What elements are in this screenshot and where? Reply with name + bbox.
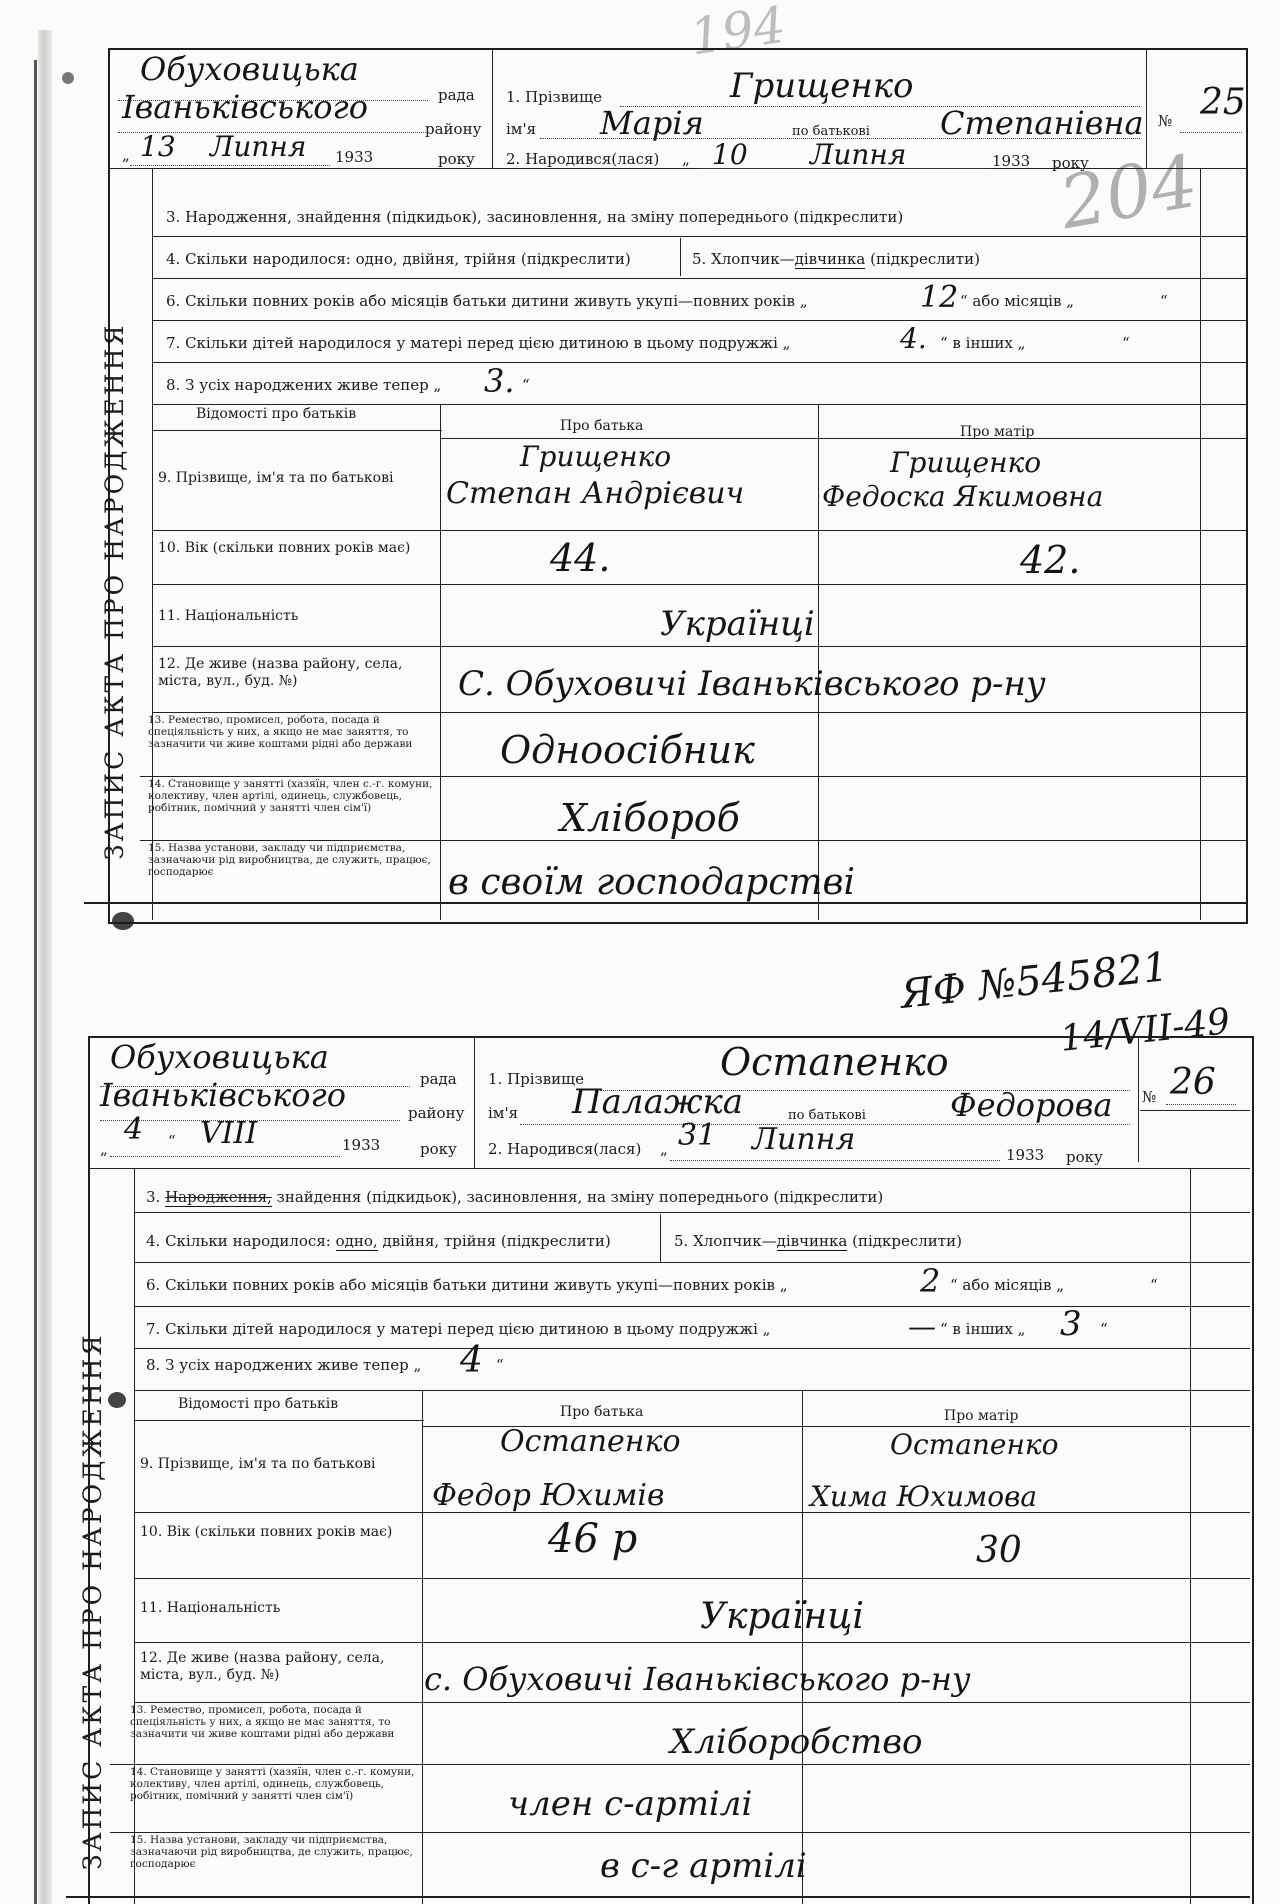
birth-day: 31 bbox=[678, 1118, 716, 1153]
child-surname: Остапенко bbox=[720, 1040, 949, 1084]
number-sign: № bbox=[1142, 1088, 1156, 1106]
years-together: 2 bbox=[920, 1262, 940, 1300]
row-line bbox=[110, 1764, 1250, 1765]
row-line bbox=[134, 1642, 1250, 1643]
field-12-label: 12. Де живе (назва району, села, міста, … bbox=[140, 1650, 415, 1684]
row-line bbox=[134, 1578, 1250, 1579]
field-14-label: 14. Становище у занятті (хазяїн, член с.… bbox=[130, 1766, 422, 1802]
girl-underlined: дівчинка bbox=[777, 1232, 848, 1251]
reg-year: 1933 bbox=[342, 1136, 380, 1154]
field-8-label: 8. З усіх народжених живе тепер „ bbox=[146, 1356, 421, 1374]
reg-day: 4 bbox=[124, 1112, 143, 1147]
form-bottom-line bbox=[66, 1896, 1250, 1898]
dotted-line bbox=[110, 1156, 340, 1157]
field-3-label: 3. Народження, знайдення (підкидьок), за… bbox=[146, 1188, 883, 1206]
rada-value: Обуховицька bbox=[110, 1038, 329, 1076]
single-underlined: одно, bbox=[336, 1232, 378, 1251]
name-label: ім'я bbox=[488, 1104, 518, 1122]
born-label: 2. Народився(лася) bbox=[488, 1140, 641, 1158]
child-patronymic: Федорова bbox=[950, 1086, 1113, 1124]
field-7-label: 7. Скільки дітей народилося у матері пер… bbox=[146, 1320, 770, 1338]
field-10-label: 10. Вік (скільки повних років має) bbox=[140, 1524, 415, 1541]
mother-name: Хима Юхимова bbox=[810, 1480, 1037, 1513]
dotted-line bbox=[1166, 1104, 1236, 1105]
header-bottom-line bbox=[88, 1168, 1250, 1169]
rada-label: рада bbox=[420, 1070, 457, 1088]
children-other: 3 bbox=[1060, 1304, 1082, 1344]
roku-label: року bbox=[420, 1140, 457, 1158]
right-margin-divider bbox=[1190, 1168, 1191, 1904]
nationality: Українці bbox=[700, 1596, 864, 1637]
table-column-divider bbox=[802, 1390, 803, 1904]
close-quote: “ bbox=[1100, 1320, 1108, 1338]
father-age: 46 р bbox=[548, 1516, 637, 1562]
dotted-line bbox=[670, 1160, 1000, 1161]
cell-divider bbox=[660, 1214, 661, 1262]
roku-label: року bbox=[1066, 1148, 1103, 1166]
row-line bbox=[134, 1702, 1250, 1703]
field-11-label: 11. Національність bbox=[140, 1600, 280, 1616]
raion-label: району bbox=[408, 1104, 464, 1122]
row-line bbox=[110, 1832, 1250, 1833]
mother-surname: Остапенко bbox=[890, 1428, 1059, 1461]
birth-year: 1933 bbox=[1006, 1146, 1044, 1164]
close-quote: “ bbox=[1150, 1276, 1158, 1294]
field-5-label: 5. Хлопчик—дівчинка (підкреслити) bbox=[674, 1232, 962, 1250]
occupation-position: член с-артілі bbox=[508, 1784, 752, 1824]
vertical-title: ЗАПИС АКТА ПРО НАРОДЖЕННЯ bbox=[78, 1332, 107, 1870]
close-quote: “ bbox=[168, 1132, 176, 1150]
record-number: 26 bbox=[1170, 1062, 1216, 1103]
field-15-label: 15. Назва установи, закладу чи підприємс… bbox=[130, 1834, 422, 1870]
close-quote: “ bbox=[496, 1356, 504, 1374]
table-column-divider bbox=[422, 1390, 423, 1904]
open-quote: „ bbox=[660, 1140, 668, 1158]
birth-underlined: Народження, bbox=[165, 1188, 272, 1207]
mother-age: 30 bbox=[976, 1530, 1022, 1571]
occupation: Хліборобство bbox=[670, 1722, 922, 1762]
living-now: 4 bbox=[460, 1340, 483, 1381]
row-line bbox=[134, 1262, 1250, 1263]
father-surname: Остапенко bbox=[500, 1424, 681, 1459]
row-line bbox=[134, 1390, 1250, 1391]
birth-record-form-26: Обуховицька рада Іваньківського району „… bbox=[0, 0, 1280, 1904]
row-line bbox=[134, 1348, 1250, 1349]
children-before: — bbox=[908, 1310, 936, 1343]
row-line bbox=[134, 1212, 1250, 1213]
father-header: Про батька bbox=[560, 1404, 643, 1420]
child-name: Палажка bbox=[572, 1082, 743, 1122]
workplace: в с-г артілі bbox=[600, 1846, 807, 1886]
raion-value: Іваньківського bbox=[100, 1076, 346, 1114]
months-label: “ або місяців „ bbox=[950, 1276, 1064, 1294]
row-line bbox=[134, 1512, 1250, 1513]
reg-month: VIII bbox=[200, 1116, 257, 1151]
field-6-label: 6. Скільки повних років або місяців бать… bbox=[146, 1276, 788, 1294]
row-line bbox=[134, 1420, 424, 1421]
header-divider bbox=[474, 1038, 475, 1168]
number-box-line bbox=[1140, 1110, 1250, 1111]
birth-month: Липня bbox=[752, 1122, 855, 1157]
father-name: Федор Юхимів bbox=[432, 1478, 664, 1513]
patronymic-label: по батькові bbox=[788, 1108, 866, 1123]
parents-header: Відомості про батьків bbox=[178, 1396, 338, 1412]
field-13-label: 13. Ремество, промисел, робота, посада й… bbox=[130, 1704, 422, 1740]
mother-header: Про матір bbox=[944, 1408, 1018, 1424]
other-label: “ в інших „ bbox=[940, 1320, 1025, 1338]
field-4-label: 4. Скільки народилося: одно, двійня, трі… bbox=[146, 1232, 611, 1250]
field-9-label: 9. Прізвище, ім'я та по батькові bbox=[140, 1456, 375, 1472]
header-divider bbox=[1138, 1038, 1139, 1162]
open-quote: „ bbox=[100, 1140, 108, 1158]
row-line bbox=[134, 1306, 1250, 1307]
residence: с. Обуховичі Іваньківського р-ну bbox=[424, 1660, 971, 1698]
surname-label: 1. Прізвище bbox=[488, 1070, 584, 1088]
